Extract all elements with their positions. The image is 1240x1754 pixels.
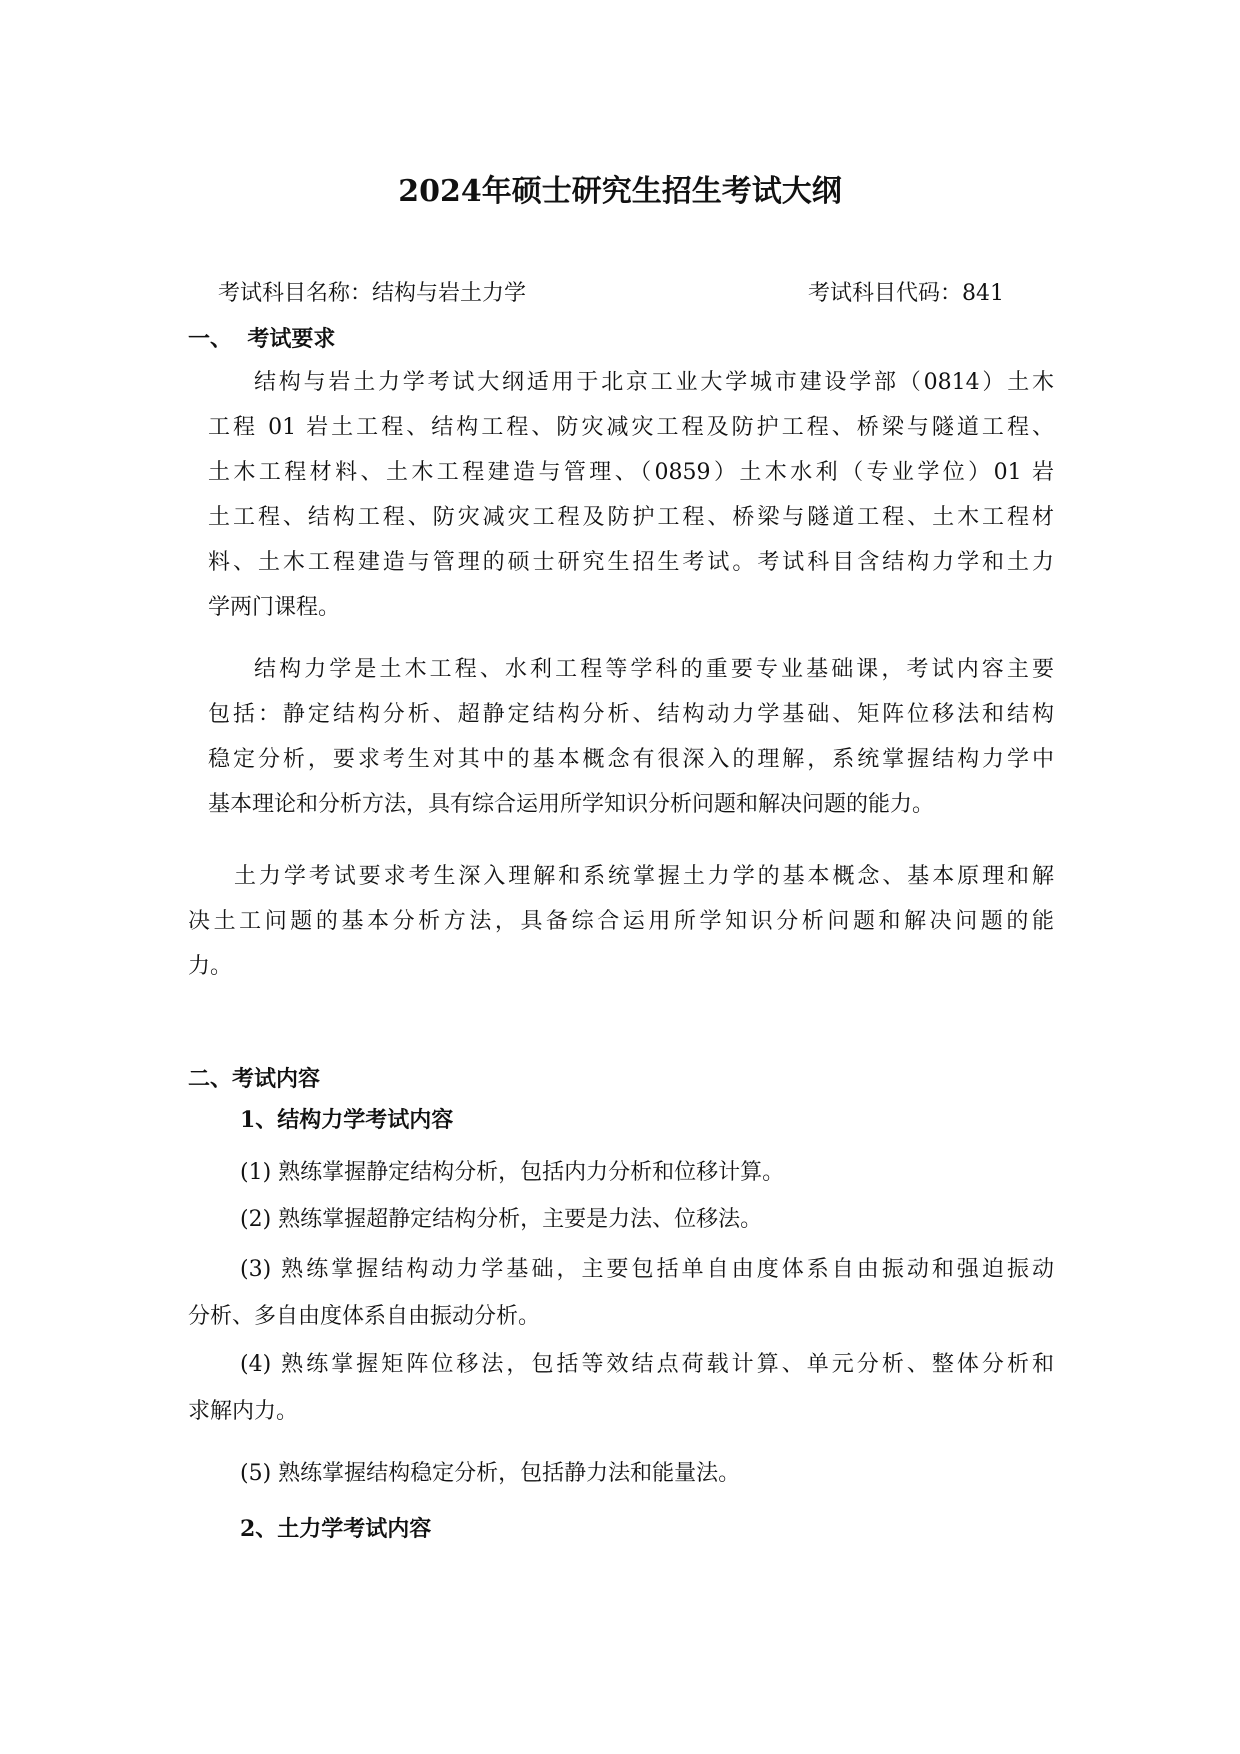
subsection-heading-structural: 1、结构力学考试内容 [240, 1103, 453, 1134]
paragraph-line: 料、土木工程建造与管理的硕士研究生招生考试。考试科目含结构力学和土力 [208, 548, 1054, 578]
list-item: (1) 熟练掌握静定结构分析，包括内力分析和位移计算。 [240, 1158, 784, 1188]
list-item-continuation: 求解内力。 [188, 1397, 298, 1427]
paragraph-line: 力。 [188, 952, 232, 982]
list-item: (2) 熟练掌握超静定结构分析，主要是力法、位移法。 [240, 1205, 762, 1235]
paragraph-line: 土工程、结构工程、防灾减灾工程及防护工程、桥梁与隧道工程、土木工程材 [208, 503, 1054, 533]
subject-code: 考试科目代码：841 [808, 276, 1004, 307]
subject-name: 考试科目名称：结构与岩土力学 [218, 276, 526, 307]
paragraph-line: 决土工问题的基本分析方法，具备综合运用所学知识分析问题和解决问题的能 [188, 907, 1054, 937]
paragraph-line: 土木工程材料、土木工程建造与管理、（0859）土木水利（专业学位）01 岩 [208, 458, 1054, 488]
section-heading-requirements: 一、 考试要求 [188, 322, 335, 353]
list-item: (3) 熟练掌握结构动力学基础，主要包括单自由度体系自由振动和强迫振动 [240, 1255, 1054, 1285]
paragraph-line: 结构力学是土木工程、水利工程等学科的重要专业基础课，考试内容主要 [254, 655, 1054, 685]
subsection-heading-soil: 2、土力学考试内容 [240, 1512, 431, 1543]
paragraph-line: 稳定分析，要求考生对其中的基本概念有很深入的理解，系统掌握结构力学中 [208, 745, 1054, 775]
section-heading-content: 二、考试内容 [188, 1062, 320, 1093]
paragraph-line: 包括：静定结构分析、超静定结构分析、结构动力学基础、矩阵位移法和结构 [208, 700, 1054, 730]
paragraph-line: 基本理论和分析方法，具有综合运用所学知识分析问题和解决问题的能力。 [208, 790, 934, 820]
document-page: 2024年硕士研究生招生考试大纲 考试科目名称：结构与岩土力学 考试科目代码：8… [0, 0, 1240, 1754]
list-item-continuation: 分析、多自由度体系自由振动分析。 [188, 1302, 540, 1332]
list-item: (5) 熟练掌握结构稳定分析，包括静力法和能量法。 [240, 1459, 740, 1489]
paragraph-line: 结构与岩土力学考试大纲适用于北京工业大学城市建设学部（0814）土木 [254, 368, 1054, 398]
document-title: 2024年硕士研究生招生考试大纲 [0, 166, 1240, 210]
paragraph-line: 土力学考试要求考生深入理解和系统掌握土力学的基本概念、基本原理和解 [234, 862, 1054, 892]
list-item: (4) 熟练掌握矩阵位移法，包括等效结点荷载计算、单元分析、整体分析和 [240, 1350, 1054, 1380]
paragraph-line: 工程 01 岩土工程、结构工程、防灾减灾工程及防护工程、桥梁与隧道工程、 [208, 413, 1054, 443]
paragraph-line: 学两门课程。 [208, 593, 340, 623]
